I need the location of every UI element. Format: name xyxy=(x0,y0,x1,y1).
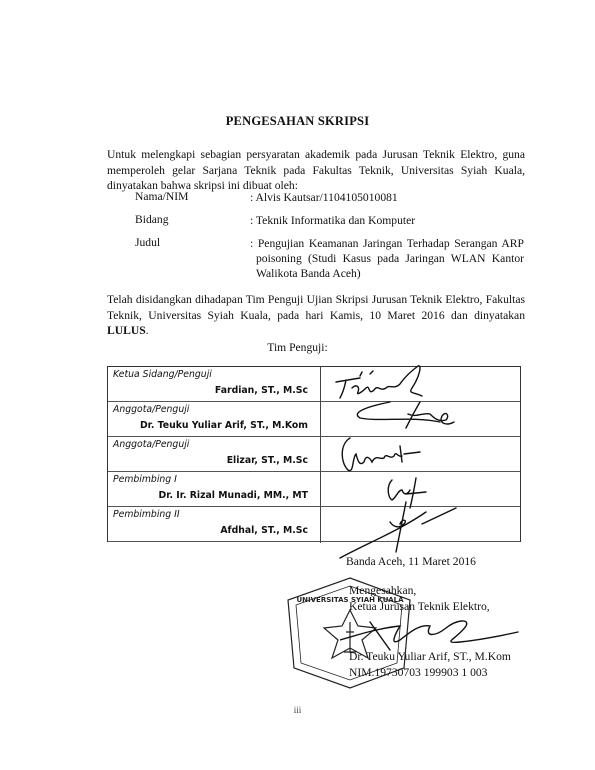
field-label: Judul xyxy=(135,236,160,249)
committee-name: Fardian, ST., M.Sc xyxy=(215,385,308,396)
committee-role: Pembimbing I xyxy=(113,474,177,485)
committee-role: Ketua Sidang/Penguji xyxy=(113,369,212,380)
committee-role: Pembimbing II xyxy=(113,509,180,520)
statement-paragraph: Telah disidangkan dihadapan Tim Penguji … xyxy=(107,292,525,339)
statement-text: Telah disidangkan dihadapan Tim Penguji … xyxy=(107,293,525,322)
place-date: Banda Aceh, 11 Maret 2016 xyxy=(346,555,476,568)
committee-name: Afdhal, ST., M.Sc xyxy=(220,525,308,536)
committee-role: Anggota/Penguji xyxy=(113,439,189,450)
committee-name: Dr. Ir. Rizal Munadi, MM., MT xyxy=(159,490,308,501)
result-text: LULUS xyxy=(107,324,146,337)
head-name: Dr. Teuku Yuliar Arif, ST., M.Kom xyxy=(349,650,511,663)
field-label: Bidang xyxy=(135,213,169,226)
committee-name: Dr. Teuku Yuliar Arif, ST., M.Kom xyxy=(140,420,308,431)
page-title: PENGESAHAN SKRIPSI xyxy=(0,114,595,129)
field-value: : Pengujian Keamanan Jaringan Terhadap S… xyxy=(250,236,524,281)
intro-paragraph: Untuk melengkapi sebagian persyaratan ak… xyxy=(107,147,525,194)
signature-icon xyxy=(330,362,510,562)
field-value: : Alvis Kautsar/1104105010081 xyxy=(250,190,524,205)
committee-role: Anggota/Penguji xyxy=(113,404,189,415)
committee-name: Elizar, ST., M.Sc xyxy=(227,455,308,466)
approval-line: Mengesahkan, xyxy=(349,583,490,599)
column-divider xyxy=(320,367,321,543)
page-number: iii xyxy=(0,705,595,715)
committee-heading: Tim Penguji: xyxy=(0,341,595,354)
field-label: Nama/NIM xyxy=(135,190,188,203)
field-value: : Teknik Informatika dan Komputer xyxy=(250,213,524,228)
statement-end: . xyxy=(146,324,149,337)
head-nim: NIM.19730703 199903 1 003 xyxy=(349,666,487,679)
